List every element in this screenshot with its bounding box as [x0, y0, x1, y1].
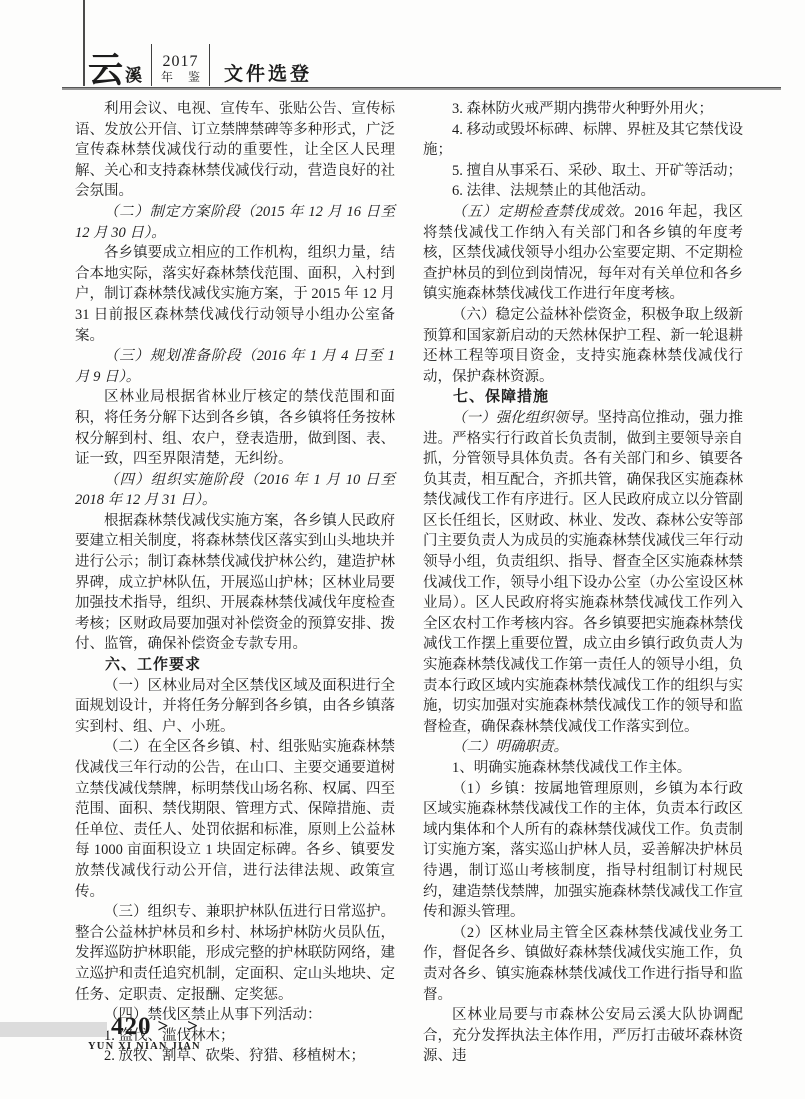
section-heading: 六、工作要求: [75, 655, 395, 676]
kaiti-lead-text: （三）规划准备阶段（2016 年 1 月 4 日至 1 月 9 日）。: [75, 348, 395, 385]
paragraph: 5. 擅自从事采石、采砂、取土、开矿等活动；: [423, 161, 743, 182]
logo-char-yun: 云: [88, 55, 123, 87]
kaiti-lead-text: （五）定期检查禁伐成效。: [452, 204, 634, 220]
paragraph: （二）制定方案阶段（2015 年 12 月 16 日至 12 月 30 日）。: [75, 202, 395, 243]
paragraph: 4. 移动或毁坏标碑、标牌、界桩及其它禁伐设施；: [423, 120, 743, 161]
logo-char-xi: 溪: [125, 67, 142, 86]
paragraph: （三）组织专、兼职护林队伍进行日常巡护。整合公益林护林员和乡村、林场护林防火员队…: [75, 902, 395, 1005]
paragraph: 3. 森林防火戒严期内携带火种野外用火；: [423, 99, 743, 120]
paragraph: （二）在全区各乡镇、村、组张贴实施森林禁伐减伐三年行动的公告，在山口、主要交通要…: [75, 737, 395, 902]
page-number-value: 420: [111, 1013, 152, 1040]
paragraph: （一）区林业局对全区禁伐区域及面积进行全面规划设计，并将任务分解到各乡镇，由各乡…: [75, 676, 395, 738]
document-body: 利用会议、电视、宣传车、张贴公告、宣传标语、发放公开信、订立禁牌禁碑等多种形式，…: [75, 99, 743, 1067]
yearbook-masthead: 云 溪 2017 年 鉴 文件选登: [88, 44, 312, 86]
paragraph: （五）定期检查禁伐成效。2016 年起，我区将禁伐减伐工作纳入有关部门和各乡镇的…: [423, 202, 743, 305]
paragraph: （三）规划准备阶段（2016 年 1 月 4 日至 1 月 9 日）。: [75, 346, 395, 387]
paragraph: （一）强化组织领导。坚持高位推动，强力推进。严格实行行政首长负责制，做到主要领导…: [423, 408, 743, 738]
paragraph: （二）明确职责。: [423, 737, 743, 758]
footer-bar: [0, 1022, 107, 1037]
right-column: 3. 森林防火戒严期内携带火种野外用火；4. 移动或毁坏标碑、标牌、界桩及其它禁…: [423, 99, 743, 1067]
paragraph: 各乡镇要成立相应的工作机构，组织力量，结合本地实际，落实好森林禁伐范围、面积，入…: [75, 243, 395, 346]
header-vertical-rule: [83, 0, 85, 86]
left-column: 利用会议、电视、宣传车、张贴公告、宣传标语、发放公开信、订立禁牌禁碑等多种形式，…: [75, 99, 395, 1067]
paragraph: （四）组织实施阶段（2016 年 1 月 10 日至 2018 年 12 月 3…: [75, 470, 395, 511]
logo-year-cell: 2017 年 鉴: [151, 44, 210, 86]
kaiti-lead-text: （一）强化组织领导。: [452, 410, 598, 426]
page-number: 420> >: [111, 1013, 205, 1041]
header-horizontal-rule: [62, 87, 781, 90]
paragraph: 区林业局要与市森林公安局云溪大队协调配合，充分发挥执法主体作用，严厉打击破坏森林…: [423, 1005, 743, 1067]
yearbook-document-page: 云 溪 2017 年 鉴 文件选登 利用会议、电视、宣传车、张贴公告、宣传标语、…: [0, 0, 805, 1099]
footer-romanized-title: YUN XI NIAN JIAN: [88, 1041, 201, 1052]
paragraph: （六）稳定公益林补偿资金，积极争取上级新预算和国家新启动的天然林保护工程、新一轮…: [423, 305, 743, 387]
page-number-arrows: > >: [158, 1016, 205, 1037]
logo-year: 2017: [163, 53, 199, 71]
paragraph: 区林业局根据省林业厅核定的禁伐范围和面积，将任务分解下达到各乡镇，各乡镇将任务按…: [75, 387, 395, 469]
logo-yearbook-label: 年 鉴: [161, 70, 206, 86]
kaiti-lead-text: （二）制定方案阶段（2015 年 12 月 16 日至 12 月 30 日）。: [75, 204, 395, 241]
kaiti-lead-text: （二）明确职责。: [452, 739, 568, 755]
kaiti-lead-text: （四）组织实施阶段（2016 年 1 月 10 日至 2018 年 12 月 3…: [75, 472, 395, 509]
paragraph: （2）区林业局主管全区森林禁伐减伐业务工作，督促各乡、镇做好森林禁伐减伐实施工作…: [423, 923, 743, 1005]
paragraph: （1）乡镇：按属地管理原则，乡镇为本行政区域实施森林禁伐减伐工作的主体，负责本行…: [423, 779, 743, 923]
section-title: 文件选登: [224, 65, 312, 86]
paragraph: 利用会议、电视、宣传车、张贴公告、宣传标语、发放公开信、订立禁牌禁碑等多种形式，…: [75, 99, 395, 202]
paragraph: 1、明确实施森林禁伐减伐工作主体。: [423, 758, 743, 779]
paragraph: 6. 法律、法规禁止的其他活动。: [423, 181, 743, 202]
section-heading: 七、保障措施: [423, 387, 743, 408]
paragraph: 根据森林禁伐减伐实施方案，各乡镇人民政府要建立相关制度，将森林禁伐区落实到山头地…: [75, 511, 395, 655]
